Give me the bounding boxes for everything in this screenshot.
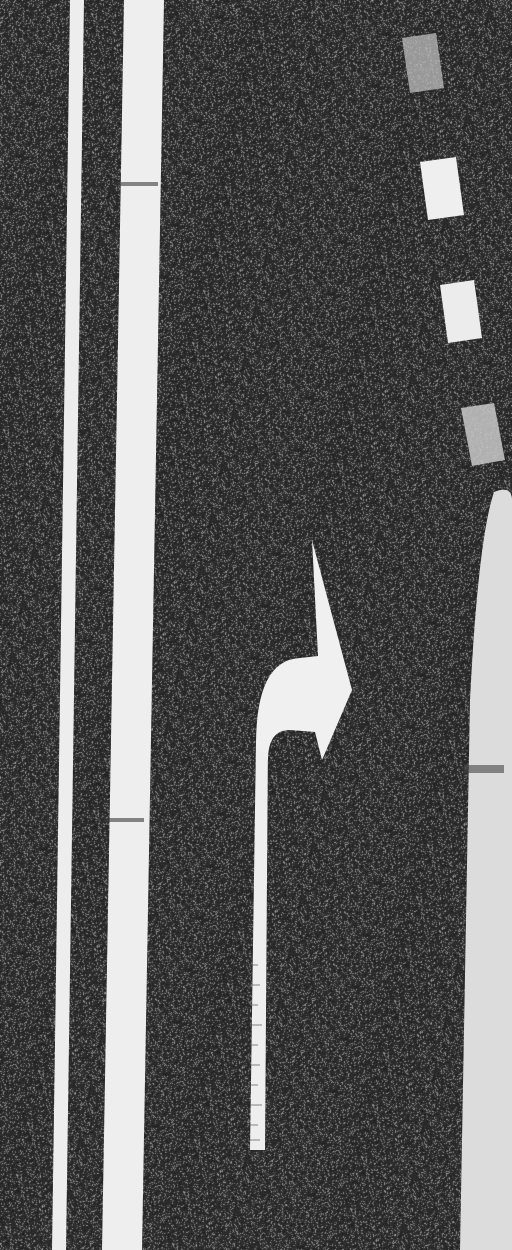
dashed-square-markings bbox=[402, 33, 505, 466]
road-aerial-image bbox=[0, 0, 512, 1250]
lane-markings bbox=[0, 0, 512, 1250]
thick-solid-lane-line bbox=[102, 0, 164, 1250]
right-turn-arrow bbox=[250, 540, 352, 1150]
thin-solid-edge-line bbox=[52, 0, 84, 1250]
right-edge-line bbox=[460, 490, 512, 1250]
